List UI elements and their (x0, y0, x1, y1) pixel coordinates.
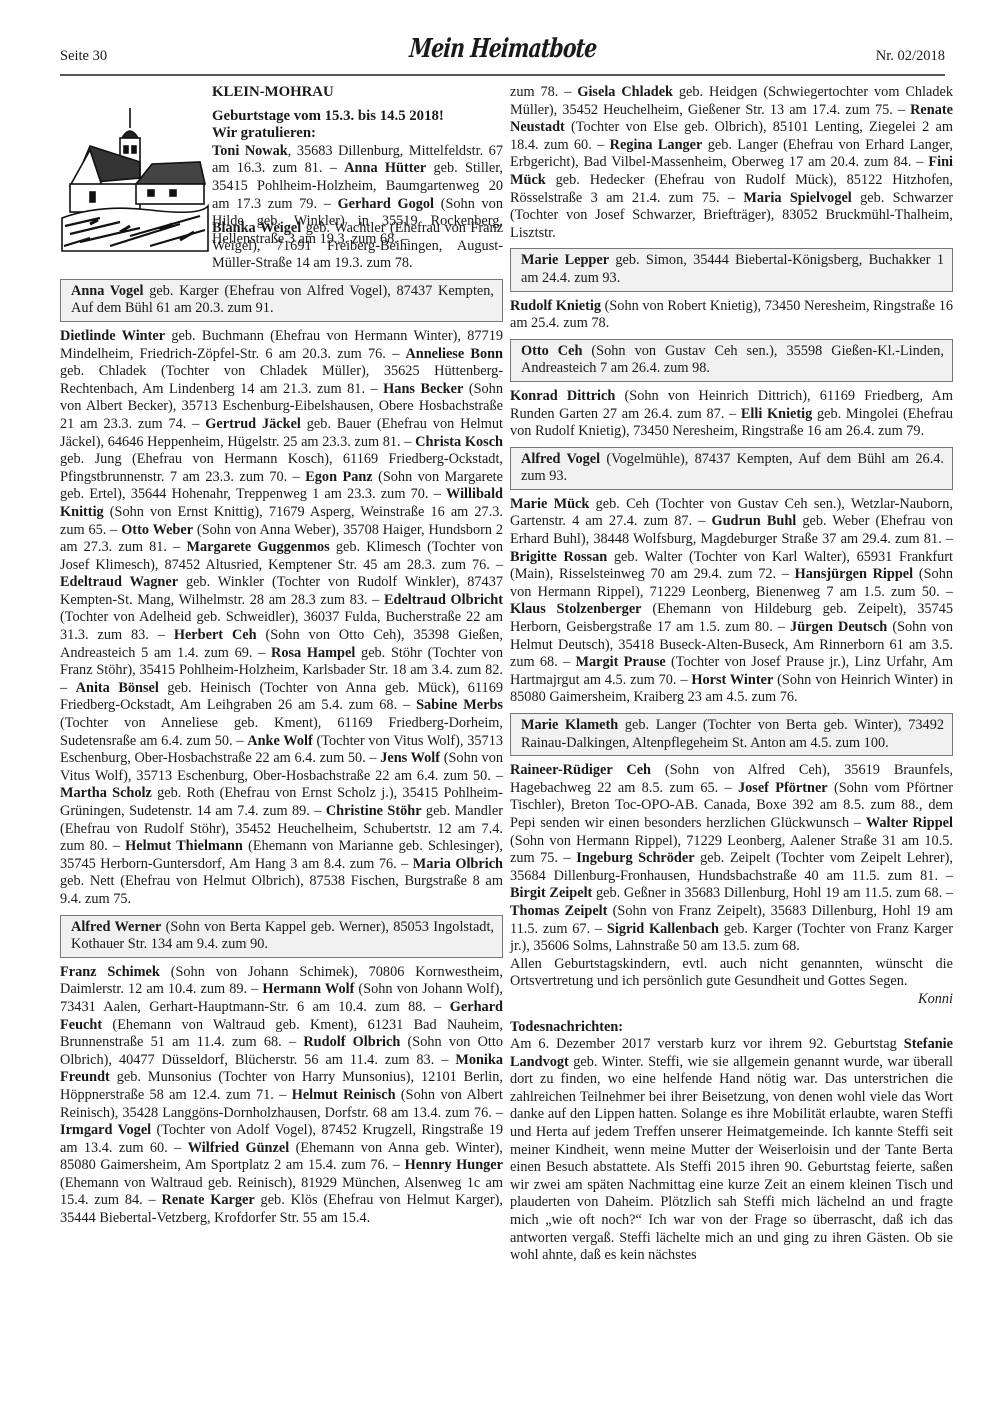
section-greeting: Wir gratulieren: (212, 125, 503, 143)
section-subtitle: Geburtstage vom 15.3. bis 14.5 2018! (212, 108, 503, 126)
issue-number: Nr. 02/2018 (876, 48, 945, 65)
church-illustration-icon (60, 106, 210, 256)
page-header: Seite 30 Mein Heimatbote Nr. 02/2018 (60, 38, 945, 76)
right-column: zum 78. – Gisela Chladek geb. Heidgen (S… (510, 84, 953, 1265)
entry-paragraph: Raineer-Rüdiger Ceh (Sohn von Alfred Ceh… (510, 762, 953, 956)
highlight-box: Alfred Werner (Sohn von Berta Kappel geb… (60, 915, 503, 958)
left-column: KLEIN-MOHRAU Geburtstage vom 15.3. bis 1… (60, 84, 503, 1228)
entry-paragraph: Rudolf Knietig (Sohn von Robert Knietig)… (510, 298, 953, 333)
highlight-box: Anna Vogel geb. Karger (Ehefrau von Alfr… (60, 279, 503, 322)
masthead-logo: Mein Heimatbote (408, 34, 597, 64)
highlight-box: Marie Klameth geb. Langer (Tochter von B… (510, 713, 953, 756)
author-signature: Konni (918, 991, 953, 1009)
obituary-heading: Todesnachrichten: (510, 1019, 953, 1037)
entry-paragraph: Konrad Dittrich (Sohn von Heinrich Dittr… (510, 388, 953, 441)
entry-paragraph: Dietlinde Winter geb. Buchmann (Ehefrau … (60, 328, 503, 909)
entry-paragraph: Marie Mück geb. Ceh (Tochter von Gustav … (510, 496, 953, 707)
entry-paragraph: Franz Schimek (Sohn von Johann Schimek),… (60, 964, 503, 1228)
highlight-box: Otto Ceh (Sohn von Gustav Ceh sen.), 355… (510, 339, 953, 382)
page-number: Seite 30 (60, 48, 107, 65)
closing-greeting: Allen Geburtstagskindern, evtl. auch nic… (510, 956, 953, 991)
entry-paragraph: zum 78. – Gisela Chladek geb. Heidgen (S… (510, 84, 953, 242)
obituary-paragraph: Am 6. Dezember 2017 verstarb kurz vor ih… (510, 1036, 953, 1265)
highlight-box: Alfred Vogel (Vogelmühle), 87437 Kempten… (510, 447, 953, 490)
section-title: KLEIN-MOHRAU (212, 84, 503, 102)
highlight-box: Marie Lepper geb. Simon, 35444 Biebertal… (510, 248, 953, 291)
